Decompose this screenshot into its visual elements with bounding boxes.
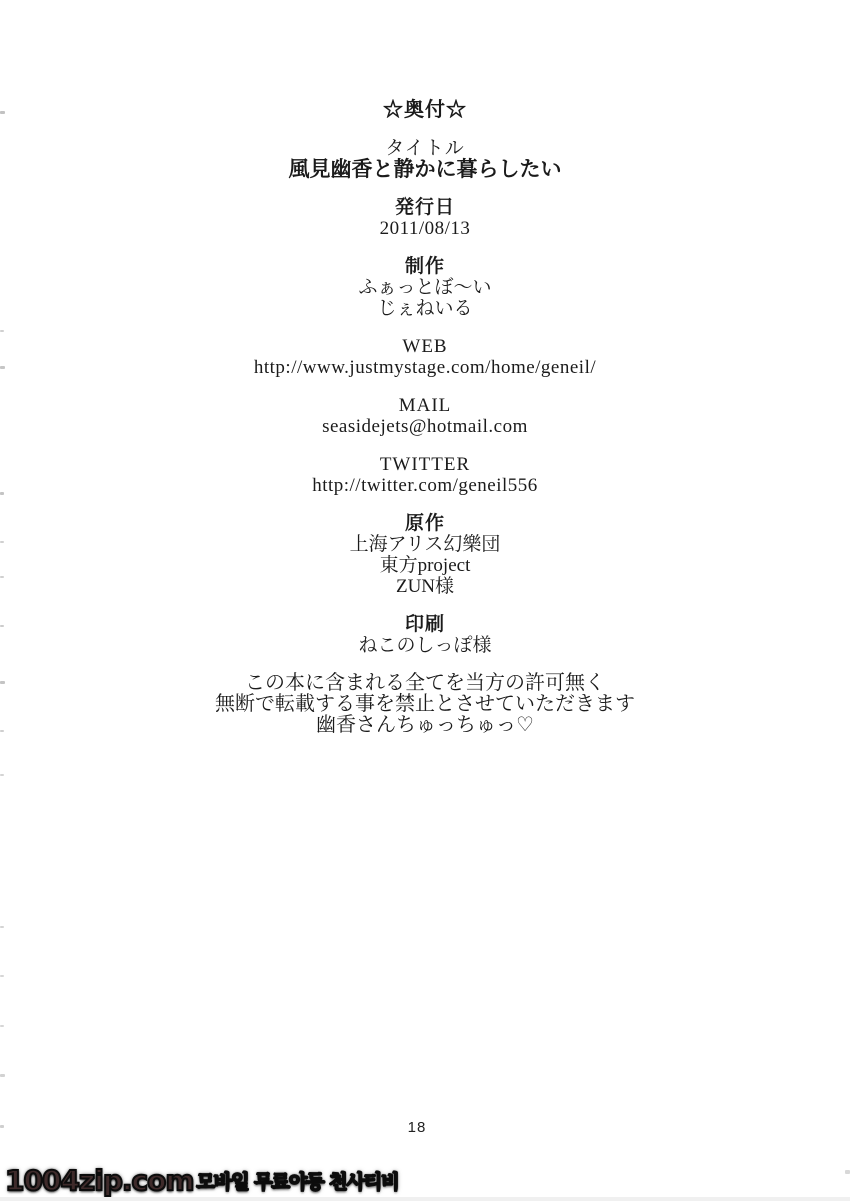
- section-mail: MAIL seasidejets@hotmail.com: [0, 395, 850, 437]
- colophon-text-block: ☆奥付☆ タイトル 風見幽香と静かに暮らしたい 発行日 2011/08/13 制…: [0, 100, 850, 736]
- edge-mark: [0, 366, 5, 369]
- section-issue-date: 発行日 2011/08/13: [0, 197, 850, 239]
- printing-company: ねこのしっぽ様: [0, 635, 850, 656]
- edge-mark: [0, 975, 4, 977]
- title-value: 風見幽香と静かに暮らしたい: [0, 159, 850, 180]
- edge-mark: [0, 111, 5, 114]
- edge-mark: [0, 576, 4, 578]
- watermark: 1004zip.com모바일 무료야동 천사티비: [5, 1164, 399, 1197]
- notice-line-2: 無断で転載する事を禁止とさせていただきます: [0, 694, 850, 715]
- edge-mark: [0, 541, 4, 543]
- scan-bottom-shade: [0, 1197, 850, 1201]
- edge-mark: [0, 774, 4, 776]
- edge-mark: [0, 330, 4, 332]
- issue-date-label: 発行日: [0, 197, 850, 218]
- edge-mark: [0, 625, 4, 627]
- edge-mark: [0, 1074, 5, 1077]
- web-url: http://www.justmystage.com/home/geneil/: [0, 357, 850, 378]
- original-series: 東方project: [0, 555, 850, 576]
- edge-mark: [845, 1170, 850, 1174]
- page-number: 18: [0, 1119, 834, 1136]
- watermark-korean-text: 모바일 무료야동 천사티비: [197, 1167, 399, 1194]
- section-web: WEB http://www.justmystage.com/home/gene…: [0, 336, 850, 378]
- section-title: タイトル 風見幽香と静かに暮らしたい: [0, 138, 850, 180]
- edge-mark: [0, 1125, 4, 1128]
- original-work-label: 原作: [0, 513, 850, 534]
- edge-mark: [0, 681, 5, 684]
- production-label: 制作: [0, 256, 850, 277]
- watermark-site-text: 1004zip.com: [5, 1164, 194, 1197]
- mail-label: MAIL: [0, 395, 850, 416]
- original-author: ZUN様: [0, 576, 850, 597]
- edge-mark: [0, 492, 4, 495]
- issue-date-value: 2011/08/13: [0, 218, 850, 239]
- original-circle: 上海アリス幻樂団: [0, 534, 850, 555]
- section-original-work: 原作 上海アリス幻樂団 東方project ZUN様: [0, 513, 850, 597]
- title-label: タイトル: [0, 138, 850, 159]
- section-production: 制作 ふぁっとぼ〜い じぇねいる: [0, 256, 850, 319]
- twitter-label: TWITTER: [0, 454, 850, 475]
- twitter-url: http://twitter.com/geneil556: [0, 475, 850, 496]
- section-twitter: TWITTER http://twitter.com/geneil556: [0, 454, 850, 496]
- production-author-name: じぇねいる: [0, 298, 850, 319]
- web-label: WEB: [0, 336, 850, 357]
- notice-line-3: 幽香さんちゅっちゅっ♡: [0, 715, 850, 736]
- mail-address: seasidejets@hotmail.com: [0, 416, 850, 437]
- printing-label: 印刷: [0, 614, 850, 635]
- edge-mark: [0, 730, 4, 732]
- section-notice: この本に含まれる全てを当方の許可無く 無断で転載する事を禁止とさせていただきます…: [0, 673, 850, 736]
- notice-line-1: この本に含まれる全てを当方の許可無く: [0, 673, 850, 694]
- production-circle-name: ふぁっとぼ〜い: [0, 277, 850, 298]
- edge-mark: [0, 926, 4, 928]
- colophon-header: ☆奥付☆: [0, 100, 850, 121]
- edge-mark: [0, 1025, 4, 1027]
- section-printing: 印刷 ねこのしっぽ様: [0, 614, 850, 656]
